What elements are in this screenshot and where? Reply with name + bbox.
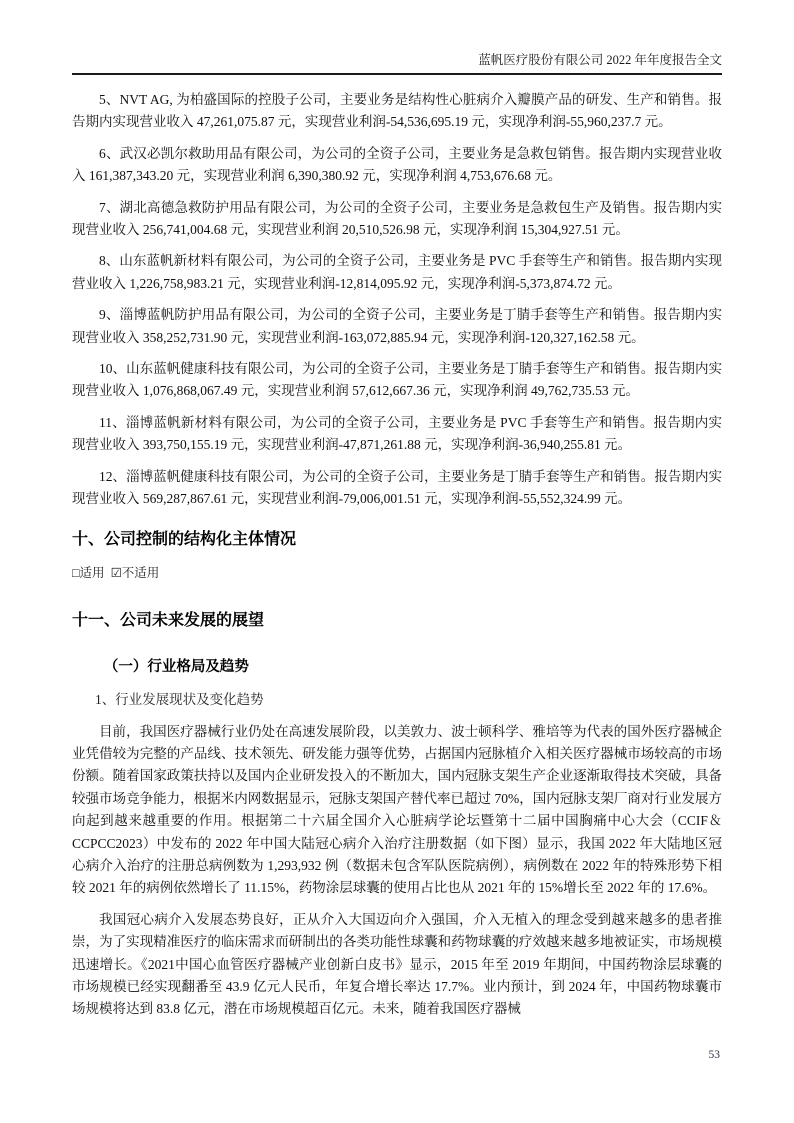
subsidiary-paragraph-11: 11、淄博蓝帆新材料有限公司，为公司的全资子公司，主要业务是 PVC 手套等生产… [72,412,722,457]
section-10-heading: 十、公司控制的结构化主体情况 [72,528,722,552]
section-11-sub-heading: （一）行业格局及趋势 [104,657,722,677]
section-11-heading: 十一、公司未来发展的展望 [72,609,722,633]
checkbox-unchecked-applicable: □适用 [72,566,105,580]
subsidiary-paragraph-5: 5、NVT AG, 为柏盛国际的控股子公司，主要业务是结构性心脏病介入瓣膜产品的… [72,89,722,134]
subsidiary-paragraph-9: 9、淄博蓝帆防护用品有限公司，为公司的全资子公司，主要业务是丁腈手套等生产和销售… [72,304,722,349]
page-content: 5、NVT AG, 为柏盛国际的控股子公司，主要业务是结构性心脏病介入瓣膜产品的… [72,89,722,1030]
industry-outlook-paragraph: 我国冠心病介入发展态势良好，正从介入大国迈向介入强国，介入无植入的理念受到越来越… [72,909,722,1021]
subsidiary-paragraph-8: 8、山东蓝帆新材料有限公司，为公司的全资子公司，主要业务是 PVC 手套等生产和… [72,250,722,295]
checkbox-checked-not-applicable: ☑不适用 [111,566,160,580]
document-page: 蓝帆医疗股份有限公司 2022 年年度报告全文 5、NVT AG, 为柏盛国际的… [0,0,794,1123]
page-number: 53 [709,1049,721,1061]
subsidiary-paragraph-10: 10、山东蓝帆健康科技有限公司，为公司的全资子公司，主要业务是丁腈手套等生产和销… [72,358,722,403]
industry-status-paragraph: 目前，我国医疗器械行业仍处在高速发展阶段，以美敦力、波士顿科学、雅培等为代表的国… [72,721,722,900]
applicability-line: □适用☑不适用 [72,565,722,582]
section-11-point-heading: 1、行业发展现状及变化趋势 [95,690,722,709]
subsidiary-paragraph-7: 7、湖北高德急救防护用品有限公司，为公司的全资子公司，主要业务是急救包生产及销售… [72,197,722,242]
header-title: 蓝帆医疗股份有限公司 2022 年年度报告全文 [72,52,722,75]
page-header: 蓝帆医疗股份有限公司 2022 年年度报告全文 [72,0,722,75]
subsidiary-paragraph-12: 12、淄博蓝帆健康科技有限公司，为公司的全资子公司，主要业务是丁腈手套等生产和销… [72,466,722,511]
subsidiary-paragraph-6: 6、武汉必凯尔救助用品有限公司，为公司的全资子公司，主要业务是急救包销售。报告期… [72,143,722,188]
